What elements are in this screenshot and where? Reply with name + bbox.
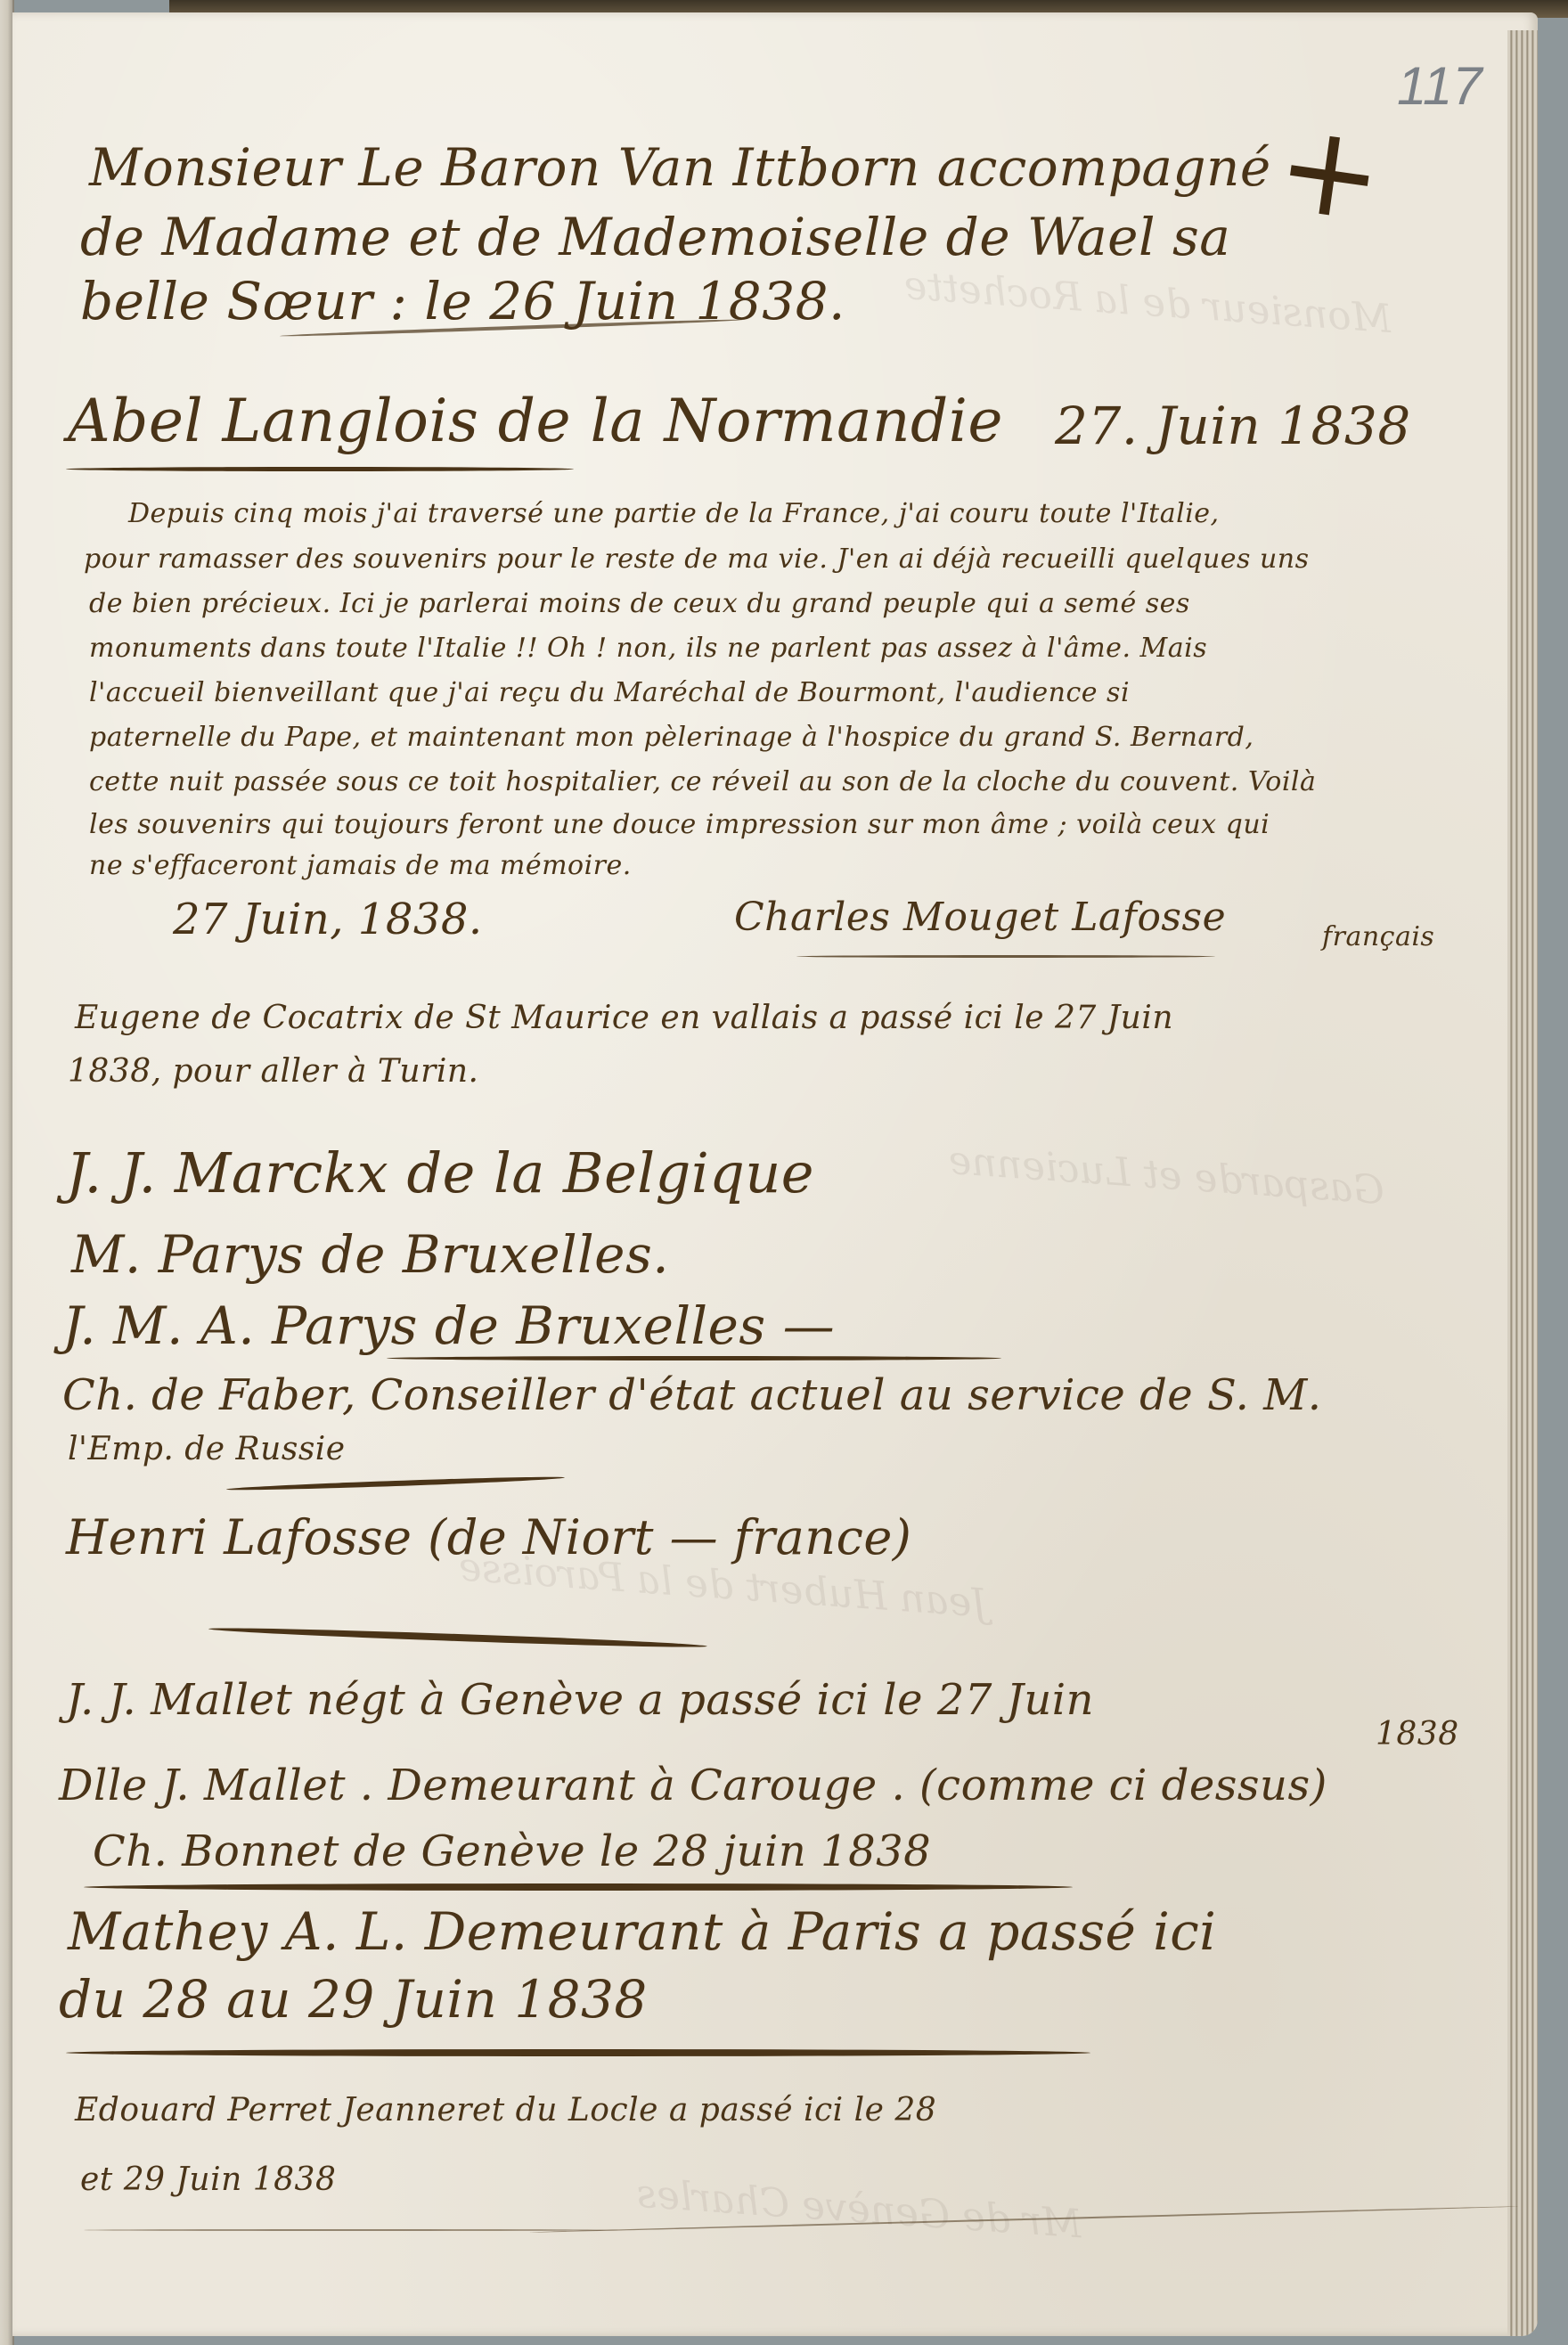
entry-line: Depuis cinq mois j'ai traversé une parti… bbox=[128, 498, 1220, 529]
entry-line: monuments dans toute l'Italie !! Oh ! no… bbox=[89, 633, 1207, 664]
entry-line: et 29 Juin 1838 bbox=[80, 2161, 336, 2198]
signature-flourish bbox=[796, 955, 1215, 958]
entry-line: de Madame et de Mademoiselle de Wael sa bbox=[80, 207, 1230, 267]
entry-line: Ch. de Faber, Conseiller d'état actuel a… bbox=[62, 1370, 1322, 1420]
entry-line: Eugene de Cocatrix de St Maurice en vall… bbox=[75, 1000, 1173, 1036]
entry-line: les souvenirs qui toujours feront une do… bbox=[89, 809, 1270, 840]
cross-mark-icon: + bbox=[1270, 104, 1391, 242]
entry-line: J. J. Marckx de la Belgique bbox=[66, 1140, 814, 1205]
underline bbox=[226, 1475, 565, 1491]
entry-line: Mathey A. L. Demeurant à Paris a passé i… bbox=[68, 1901, 1216, 1962]
underline bbox=[66, 2049, 1090, 2056]
register-page: Monsieur de la Rochette Gasparde et Luci… bbox=[12, 12, 1538, 2336]
divider-line bbox=[84, 2229, 618, 2231]
entry-line: Dlle J. Mallet . Demeurant à Carouge . (… bbox=[59, 1761, 1327, 1810]
entry-footer-date: 27 Juin, 1838. bbox=[173, 895, 483, 944]
entry-line: M. Parys de Bruxelles. bbox=[71, 1224, 669, 1285]
entry-line: belle Sœur : le 26 Juin 1838. bbox=[80, 271, 845, 331]
signature-note: français bbox=[1322, 921, 1434, 952]
underline bbox=[387, 1356, 1001, 1360]
entry-line: Monsieur Le Baron Van Ittborn accompagné bbox=[89, 137, 1271, 198]
entry-line: 1838, pour aller à Turin. bbox=[68, 1053, 478, 1090]
entry-line: 1838 bbox=[1376, 1716, 1459, 1753]
entry-line: pour ramasser des souvenirs pour le rest… bbox=[84, 543, 1310, 575]
entry-line: Edouard Perret Jeanneret du Locle a pass… bbox=[75, 2092, 936, 2128]
entry-heading: Abel Langlois de la Normandie bbox=[68, 387, 1003, 455]
entry-line: Ch. Bonnet de Genève le 28 juin 1838 bbox=[93, 1826, 931, 1876]
bleed-through-text: Mr de Genève Charles bbox=[635, 2171, 1083, 2248]
page-stack-edge bbox=[1507, 30, 1538, 2336]
bleed-through-text: Monsieur de la Rochette bbox=[902, 263, 1393, 342]
entry-line: l'Emp. de Russie bbox=[68, 1431, 346, 1467]
entry-line: J. M. A. Parys de Bruxelles — bbox=[62, 1295, 835, 1356]
page-number: 117 bbox=[1397, 55, 1482, 117]
bleed-through-text: Gasparde et Lucienne bbox=[947, 1138, 1386, 1213]
underline bbox=[208, 1625, 707, 1650]
divider-line bbox=[529, 2205, 1518, 2233]
underline bbox=[84, 1883, 1073, 1891]
entry-line: cette nuit passée sous ce toit hospitali… bbox=[89, 766, 1316, 797]
entry-line: ne s'effaceront jamais de ma mémoire. bbox=[89, 850, 632, 881]
entry-line: J. J. Mallet négt à Genève a passé ici l… bbox=[66, 1675, 1094, 1725]
signature: Charles Mouget Lafosse bbox=[734, 895, 1226, 940]
entry-line: de bien précieux. Ici je parlerai moins … bbox=[89, 588, 1190, 619]
entry-date: 27. Juin 1838 bbox=[1055, 396, 1411, 456]
entry-line: paternelle du Pape, et maintenant mon pè… bbox=[89, 722, 1254, 753]
entry-line: l'accueil bienveillant que j'ai reçu du … bbox=[89, 677, 1130, 708]
underline bbox=[66, 467, 574, 471]
entry-line: du 28 au 29 Juin 1838 bbox=[59, 1969, 648, 2030]
manuscript-scan: Monsieur de la Rochette Gasparde et Luci… bbox=[0, 0, 1568, 2345]
entry-line: Henri Lafosse (de Niort — france) bbox=[66, 1509, 911, 1565]
